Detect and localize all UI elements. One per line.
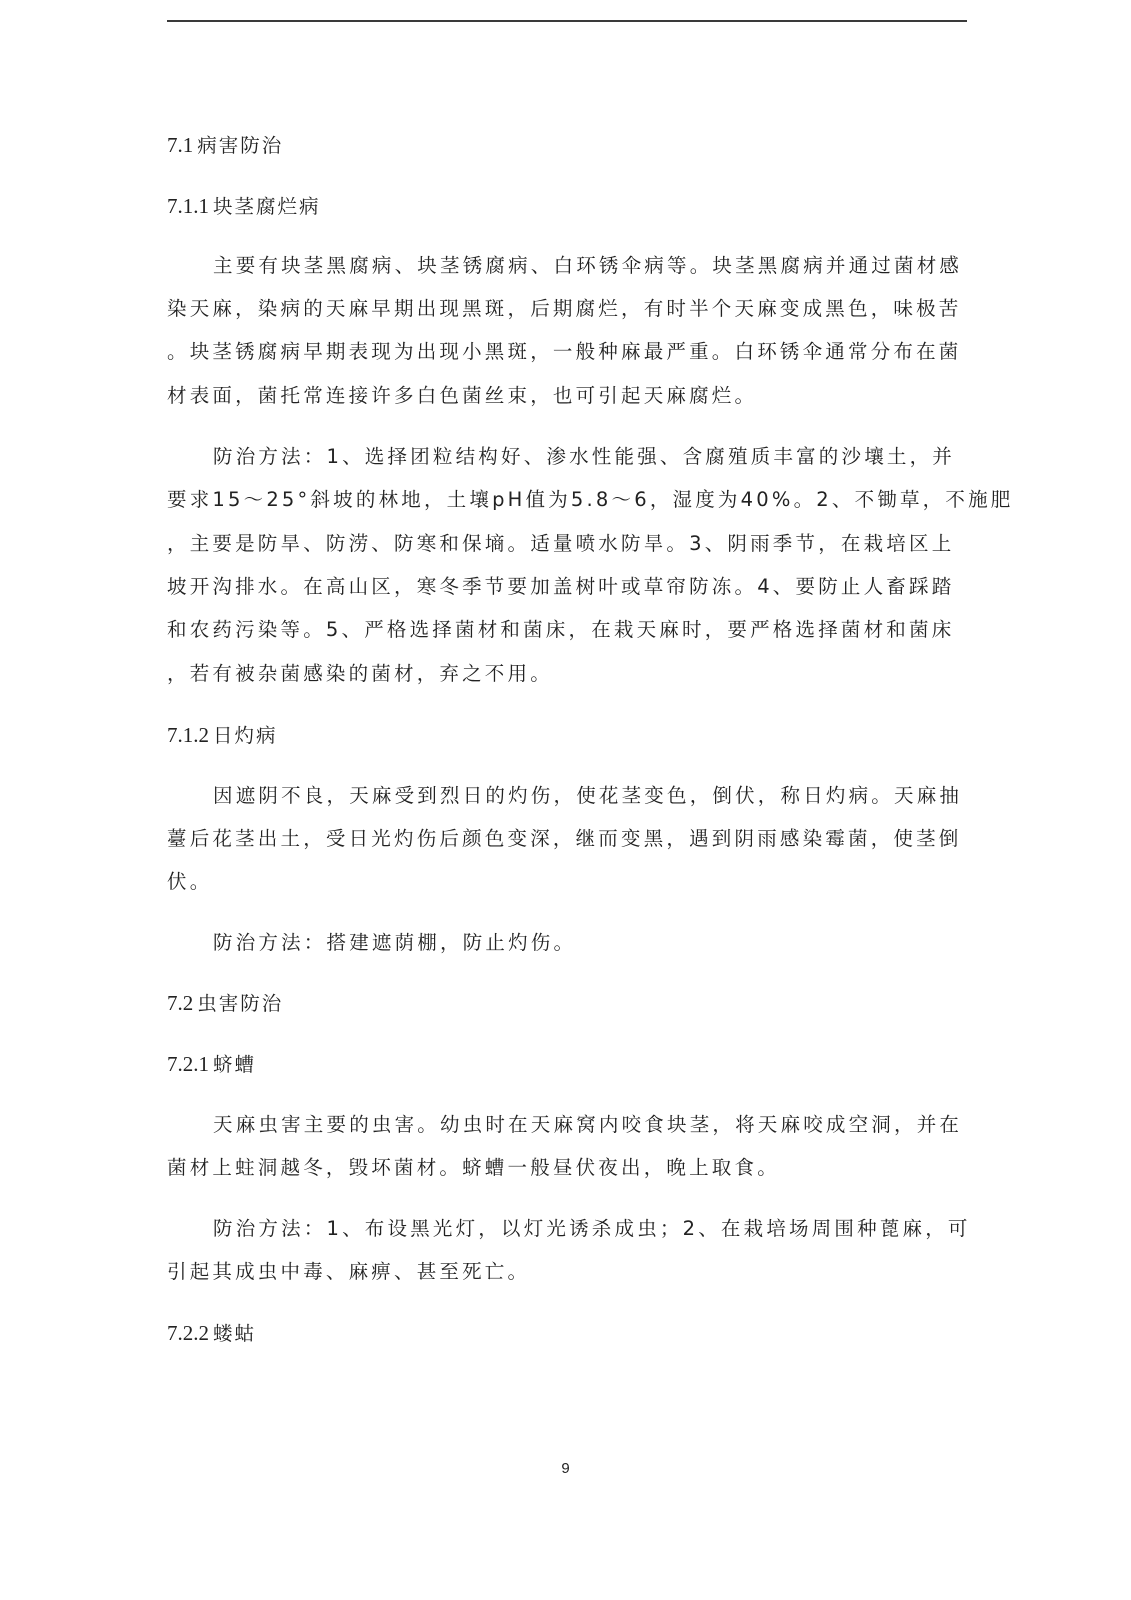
section-heading-7-2-1: 7.2.1蛴螬: [167, 1051, 256, 1077]
section-heading-7-2: 7.2虫害防治: [167, 990, 283, 1016]
paragraph-line: 防治方法：搭建遮荫棚，防止灼伤。: [213, 930, 576, 956]
section-number: 7.1.2: [167, 723, 209, 747]
page-number: 9: [0, 1460, 1131, 1477]
paragraph-line: 薹后花茎出土，受日光灼伤后颜色变深，继而变黑，遇到阴雨感染霉菌，使茎倒: [167, 826, 962, 852]
section-title: 虫害防治: [197, 992, 283, 1015]
section-heading-7-1-1: 7.1.1块茎腐烂病: [167, 193, 321, 219]
paragraph-line: 和农药污染等。5、严格选择菌材和菌床，在栽天麻时，要严格选择菌材和菌床: [167, 617, 954, 643]
paragraph-line: 防治方法：1、选择团粒结构好、渗水性能强、含腐殖质丰富的沙壤土，并: [213, 444, 955, 470]
paragraph-line: 天麻虫害主要的虫害。幼虫时在天麻窝内咬食块茎，将天麻咬成空洞，并在: [213, 1112, 962, 1138]
paragraph-line: 染天麻，染病的天麻早期出现黑斑，后期腐烂，有时半个天麻变成黑色，味极苦: [167, 296, 962, 322]
paragraph-line: 防治方法：1、布设黑光灯，以灯光诱杀成虫；2、在栽培场周围种蓖麻，可: [213, 1216, 971, 1242]
header-rule: [167, 20, 967, 22]
section-number: 7.2: [167, 991, 193, 1015]
paragraph-line: ，主要是防旱、防涝、防寒和保墒。适量喷水防旱。3、阴雨季节，在栽培区上: [167, 531, 954, 557]
paragraph-line: 坡开沟排水。在高山区，寒冬季节要加盖树叶或草帘防冻。4、要防止人畜踩踏: [167, 574, 954, 600]
paragraph-line: 。块茎锈腐病早期表现为出现小黑斑，一般种麻最严重。白环锈伞通常分布在菌: [167, 339, 962, 365]
section-title: 蛴螬: [213, 1053, 256, 1076]
paragraph-line: 主要有块茎黑腐病、块茎锈腐病、白环锈伞病等。块茎黑腐病并通过菌材感: [213, 253, 962, 279]
section-number: 7.1.1: [167, 194, 209, 218]
section-number: 7.1: [167, 133, 193, 157]
paragraph-line: 引起其成虫中毒、麻痹、甚至死亡。: [167, 1259, 530, 1285]
section-number: 7.2.1: [167, 1052, 209, 1076]
paragraph-line: 菌材上蛀洞越冬，毁坏菌材。蛴螬一般昼伏夜出，晚上取食。: [167, 1155, 780, 1181]
section-title: 病害防治: [197, 134, 283, 157]
paragraph-line: 因遮阴不良，天麻受到烈日的灼伤，使花茎变色，倒伏，称日灼病。天麻抽: [213, 783, 962, 809]
section-number: 7.2.2: [167, 1321, 209, 1345]
section-title: 块茎腐烂病: [213, 195, 321, 218]
section-title: 日灼病: [213, 724, 278, 747]
paragraph-line: 材表面，菌托常连接许多白色菌丝束，也可引起天麻腐烂。: [167, 383, 757, 409]
paragraph-line: 要求15～25°斜坡的林地，土壤pH值为5.8～6，湿度为40%。2、不锄草，不…: [167, 487, 1013, 513]
section-heading-7-2-2: 7.2.2蝼蛄: [167, 1320, 256, 1346]
paragraph-line: 伏。: [167, 869, 212, 895]
section-heading-7-1: 7.1病害防治: [167, 132, 283, 158]
section-heading-7-1-2: 7.1.2日灼病: [167, 722, 278, 748]
section-title: 蝼蛄: [213, 1322, 256, 1345]
paragraph-line: ，若有被杂菌感染的菌材，弃之不用。: [167, 661, 553, 687]
